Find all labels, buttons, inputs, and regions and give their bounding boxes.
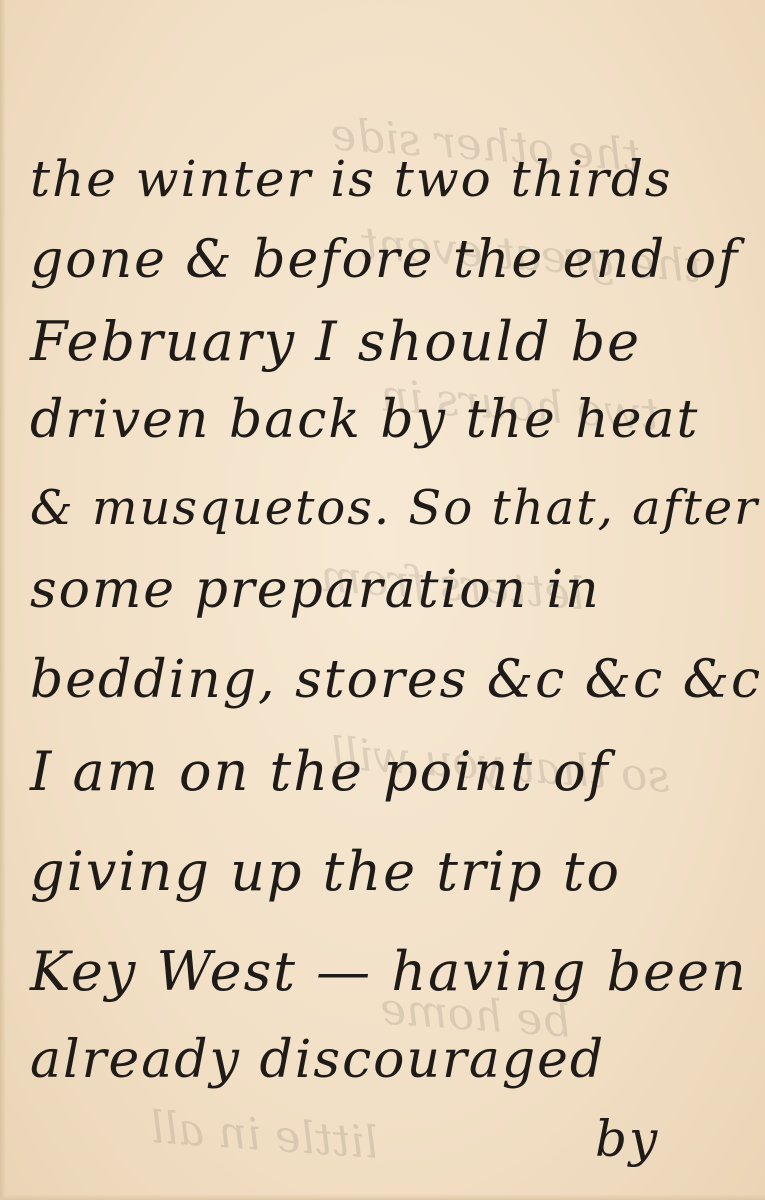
handwritten-line: giving up the trip to <box>30 840 621 903</box>
paper-edge-left <box>0 0 6 1200</box>
letter-page: the other side the great event two hours… <box>0 0 765 1200</box>
handwritten-line: February I should be <box>30 310 641 373</box>
handwritten-line: by <box>595 1110 659 1168</box>
handwritten-line: gone & before the end of <box>30 230 739 290</box>
bleed-through-text: little in all <box>148 1102 379 1169</box>
handwritten-line: I am on the point of <box>30 740 610 803</box>
handwritten-line: the winter is two thirds <box>30 150 673 208</box>
handwritten-line: & musquetos. So that, after <box>30 480 759 536</box>
handwritten-line: Key West — having been <box>30 940 748 1003</box>
paper-edge-bottom <box>0 1194 765 1200</box>
handwritten-line: bedding, stores &c &c &c <box>30 650 762 710</box>
handwritten-line: driven back by the heat <box>30 390 699 450</box>
handwritten-line: already discouraged <box>30 1030 605 1090</box>
handwritten-line: some preparation in <box>30 560 601 620</box>
